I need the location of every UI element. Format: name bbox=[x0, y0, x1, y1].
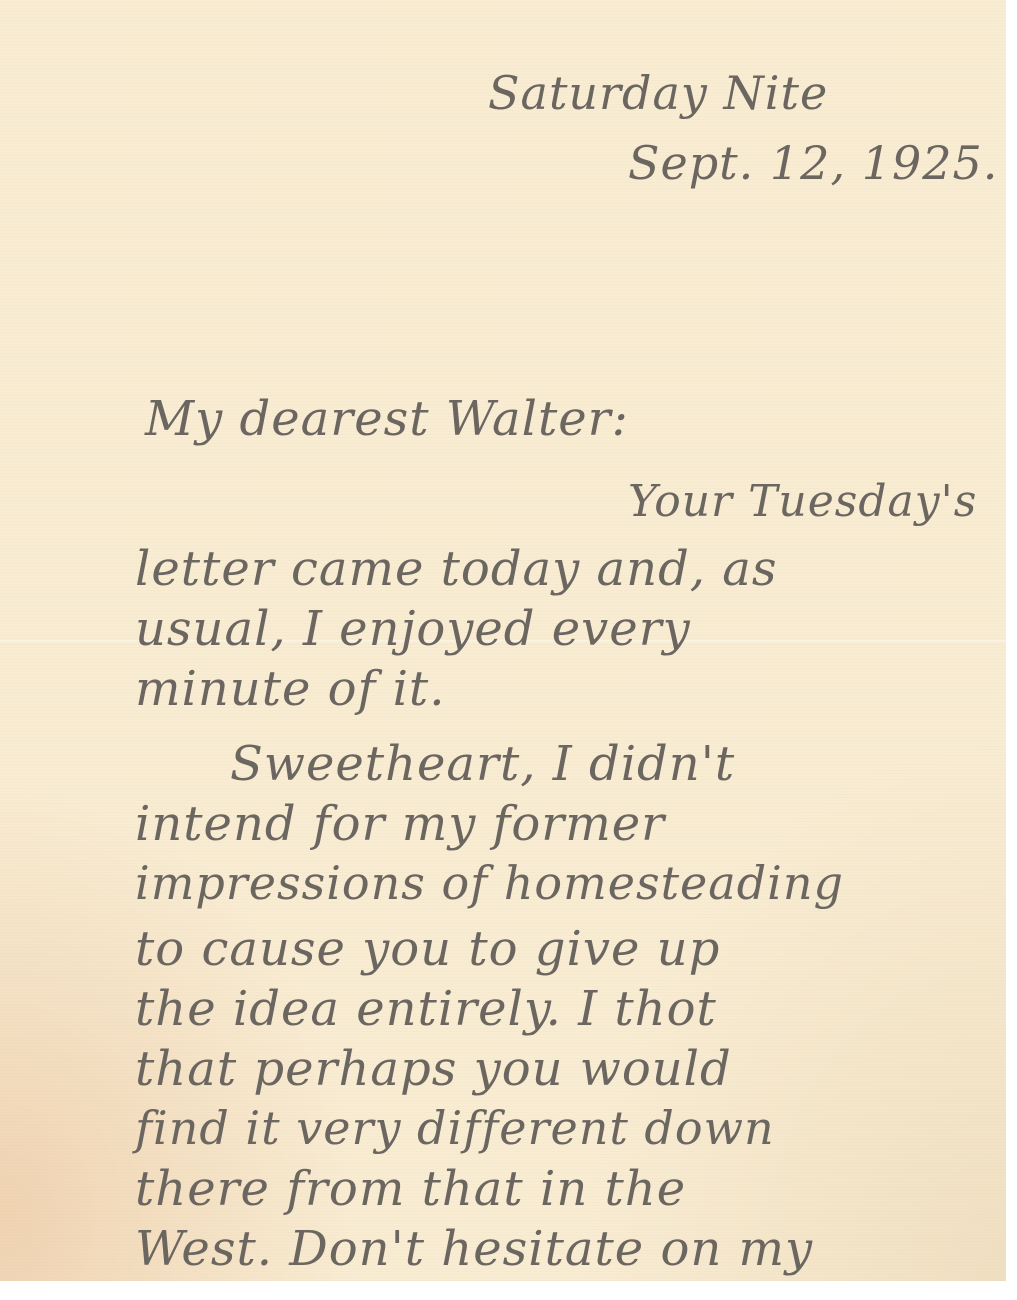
letter-line: impressions of homesteading bbox=[135, 860, 844, 906]
letter-line: there from that in the bbox=[135, 1165, 686, 1213]
letter-line: that perhaps you would bbox=[135, 1045, 732, 1093]
letter-line: to cause you to give up bbox=[135, 925, 720, 973]
letter-day: Saturday Nite bbox=[488, 70, 828, 116]
letter-line: intend for my former bbox=[135, 800, 665, 848]
letter-line: letter came today and, as bbox=[135, 545, 778, 593]
letter-line: Sweetheart, I didn't bbox=[230, 740, 735, 788]
letter-line: usual, I enjoyed every bbox=[135, 605, 691, 653]
letter-line: minute of it. bbox=[135, 665, 445, 713]
letter-line: the idea entirely. I thot bbox=[135, 985, 717, 1033]
letter-date: Sept. 12, 1925. bbox=[628, 140, 998, 186]
letter-paper: Saturday Nite Sept. 12, 1925. My dearest… bbox=[0, 0, 1006, 1281]
letter-salutation: My dearest Walter: bbox=[145, 395, 629, 443]
letter-line: find it very different down bbox=[135, 1105, 775, 1151]
letter-line: West. Don't hesitate on my bbox=[135, 1225, 813, 1273]
letter-line: Your Tuesday's bbox=[628, 480, 977, 524]
